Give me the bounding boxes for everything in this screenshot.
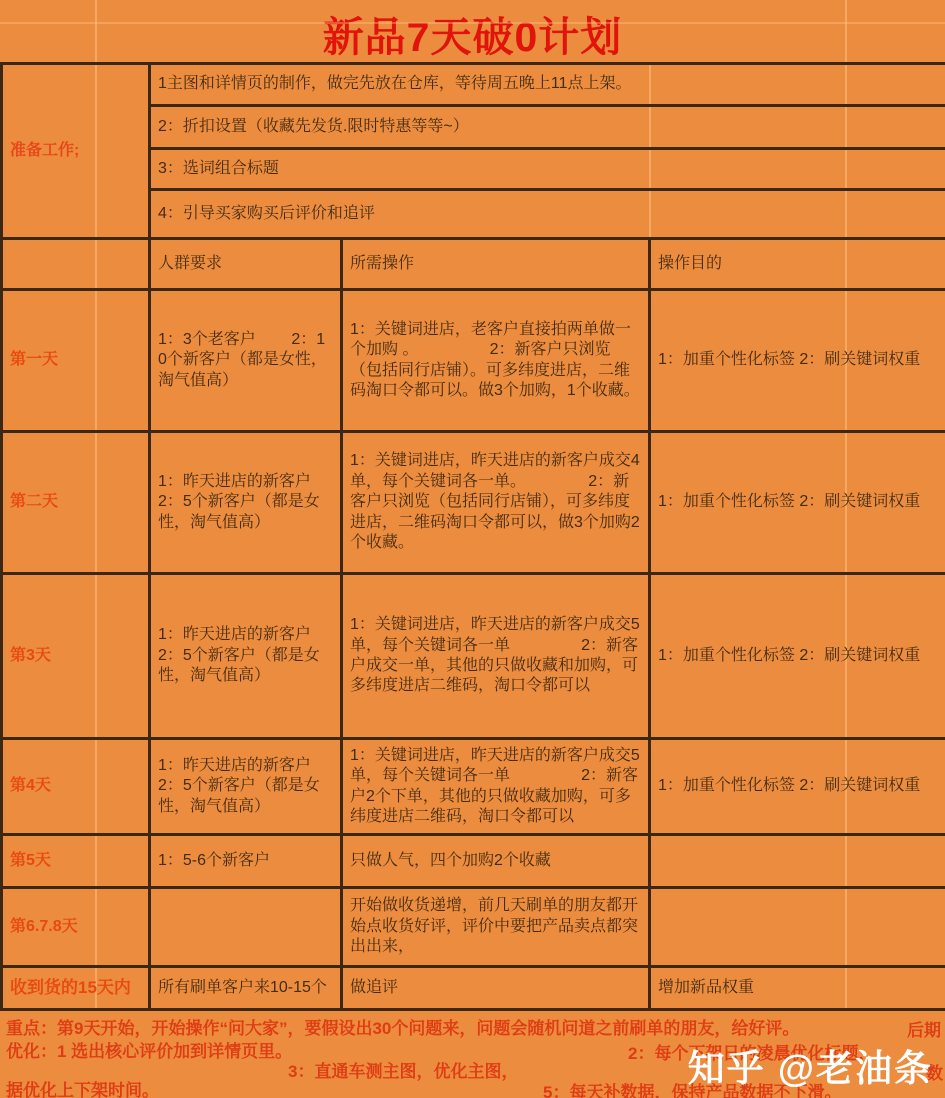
prep-item-3: 3：选词组合标题	[150, 149, 945, 190]
day-label: 第3天	[2, 574, 150, 739]
prep-item-2: 2：折扣设置（收藏先发货.限时特惠等等~）	[150, 106, 945, 149]
purpose-cell: 增加新品权重	[650, 967, 945, 1010]
column-header-actions: 所需操作	[342, 239, 650, 290]
audience-cell: 1：3个老客户 2：10个新客户（都是女性，淘气值高）	[150, 290, 342, 432]
audience-cell	[150, 888, 342, 967]
table-row-day15: 收到货的15天内 所有刷单客户来10-15个 做追评 增加新品权重	[2, 967, 945, 1010]
actions-cell: 做追评	[342, 967, 650, 1010]
column-header-audience: 人群要求	[150, 239, 342, 290]
column-header-purpose: 操作目的	[650, 239, 945, 290]
audience-cell: 1：昨天进店的新客户 2：5个新客户（都是女性，淘气值高）	[150, 574, 342, 739]
purpose-cell: 1：加重个性化标签 2：刷关键词权重	[650, 432, 945, 574]
plan-table: 准备工作; 1主图和详情页的制作，做完先放在仓库，等待周五晚上11点上架。 2：…	[0, 62, 945, 1011]
prep-label: 准备工作;	[2, 64, 150, 239]
purpose-cell: 1：加重个性化标签 2：刷关键词权重	[650, 574, 945, 739]
purpose-cell	[650, 888, 945, 967]
purpose-cell: 1：加重个性化标签 2：刷关键词权重	[650, 739, 945, 835]
audience-cell: 1：昨天进店的新客户 2：5个新客户（都是女性，淘气值高）	[150, 739, 342, 835]
day-label: 第一天	[2, 290, 150, 432]
prep-item-4: 4：引导买家购买后评价和追评	[150, 190, 945, 239]
prep-item-1: 1主图和详情页的制作，做完先放在仓库，等待周五晚上11点上架。	[150, 64, 945, 106]
note-line3: 3：直通车测主图，优化主图，	[288, 1057, 518, 1082]
audience-cell: 所有刷单客户来10-15个	[150, 967, 342, 1010]
audience-cell: 1：5-6个新客户	[150, 835, 342, 888]
table-header-row: 人群要求 所需操作 操作目的	[2, 239, 945, 290]
day-label: 第4天	[2, 739, 150, 835]
purpose-cell	[650, 835, 945, 888]
table-row-day2: 第二天 1：昨天进店的新客户 2：5个新客户（都是女性，淘气值高） 1：关键词进…	[2, 432, 945, 574]
purpose-cell: 1：加重个性化标签 2：刷关键词权重	[650, 290, 945, 432]
day-label: 第5天	[2, 835, 150, 888]
note-line4: 据优化上下架时间。	[6, 1076, 159, 1098]
table-row-day1: 第一天 1：3个老客户 2：10个新客户（都是女性，淘气值高） 1：关键词进店，…	[2, 290, 945, 432]
day-label: 收到货的15天内	[2, 967, 150, 1010]
table-row-day678: 第6.7.8天 开始做收货递增，前几天刷单的朋友都开始点收货好评，评价中要把产品…	[2, 888, 945, 967]
note-line2: 优化：1 选出核心评价加到详情页里。	[6, 1037, 292, 1062]
header-blank-cell	[2, 239, 150, 290]
actions-cell: 开始做收货递增，前几天刷单的朋友都开始点收货好评，评价中要把产品卖点都突出出来，	[342, 888, 650, 967]
table-row-day3: 第3天 1：昨天进店的新客户 2：5个新客户（都是女性，淘气值高） 1：关键词进…	[2, 574, 945, 739]
audience-cell: 1：昨天进店的新客户 2：5个新客户（都是女性，淘气值高）	[150, 432, 342, 574]
note-line1: 重点：第9天开始，开始操作“问大家”，要假设出30个问题来，问题会随机问道之前刷…	[6, 1014, 799, 1039]
page-title: 新品7天破0计划	[0, 4, 945, 63]
actions-cell: 1：关键词进店，昨天进店的新客户成交4单，每个关键词各一单。 2：新客户只浏览（…	[342, 432, 650, 574]
actions-cell: 1：关键词进店，昨天进店的新客户成交5单，每个关键词各一单 2：新客户成交一单，…	[342, 574, 650, 739]
zhihu-watermark: 知乎 @老油条	[688, 1038, 933, 1092]
plan-sheet: 新品7天破0计划 准备工作; 1主图和详情页的制作，做完先放在仓库，等待周五晚上…	[0, 0, 945, 1098]
day-label: 第6.7.8天	[2, 888, 150, 967]
table-row-day4: 第4天 1：昨天进店的新客户 2：5个新客户（都是女性，淘气值高） 1：关键词进…	[2, 739, 945, 835]
actions-cell: 只做人气，四个加购2个收藏	[342, 835, 650, 888]
actions-cell: 1：关键词进店，昨天进店的新客户成交5单，每个关键词各一单 2：新客户2个下单，…	[342, 739, 650, 835]
day-label: 第二天	[2, 432, 150, 574]
table-row: 准备工作; 1主图和详情页的制作，做完先放在仓库，等待周五晚上11点上架。	[2, 64, 945, 106]
table-row-day5: 第5天 1：5-6个新客户 只做人气，四个加购2个收藏	[2, 835, 945, 888]
actions-cell: 1：关键词进店，老客户直接拍两单做一个加购 。 2：新客户只浏览（包括同行店铺）…	[342, 290, 650, 432]
